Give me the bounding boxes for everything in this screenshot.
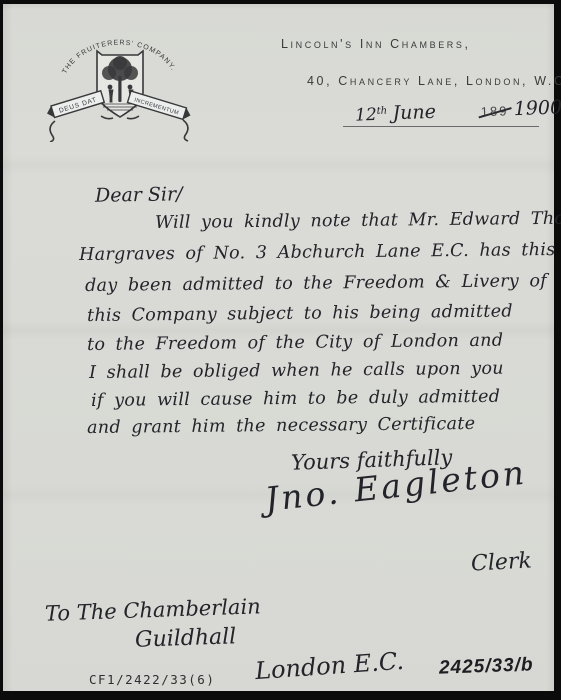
date-month: June <box>392 101 436 124</box>
ribbon-curls <box>50 116 188 142</box>
body-line-8: and grant him the necessary Certificate <box>87 414 475 438</box>
letterhead-line2: 40, Chancery Lane, London, W.C. <box>307 74 561 88</box>
body-line-6: I shall be obliged when he calls upon yo… <box>89 359 504 383</box>
letterhead-line1: Lincoln's Inn Chambers, <box>281 37 471 51</box>
salutation: Dear Sir/ <box>95 183 183 207</box>
archive-reference-right: 2425/33/b <box>439 654 534 679</box>
archive-reference-left: CF1/2422/33(6) <box>89 672 215 687</box>
date-year: 1900 <box>513 96 561 120</box>
date-underline <box>343 126 539 127</box>
scanned-letter: THE FRUITERERS' COMPANY. <box>0 0 561 700</box>
date-day-suffix: th <box>376 105 387 116</box>
letter-paper: THE FRUITERERS' COMPANY. <box>3 4 554 691</box>
body-line-7: if you will cause him to be duly admitte… <box>91 387 500 411</box>
address-line3: London E.C. <box>254 647 405 685</box>
address-line2: Guildhall <box>135 624 237 653</box>
body-line-1: Will you kindly note that Mr. Edward Tho… <box>155 208 561 233</box>
address-line1: To The Chamberlain <box>45 594 261 626</box>
fruiterers-company-crest: THE FRUITERERS' COMPANY. <box>43 20 195 142</box>
body-line-5: to the Freedom of the City of London and <box>87 331 503 355</box>
motto-ribbon-left: DEUS DAT <box>45 91 104 119</box>
body-line-2: Hargraves of No. 3 Abchurch Lane E.C. ha… <box>79 240 556 265</box>
body-line-4: this Company subject to his being admitt… <box>87 302 513 326</box>
crest-shield <box>97 51 143 117</box>
date-day: 12 <box>355 105 377 126</box>
body-line-3: day been admitted to the Freedom & Liver… <box>85 271 547 296</box>
date-printed-year: 189 <box>480 103 508 119</box>
signature-title: Clerk <box>470 548 532 576</box>
date-line: 12th June 189 1900 <box>355 96 561 125</box>
